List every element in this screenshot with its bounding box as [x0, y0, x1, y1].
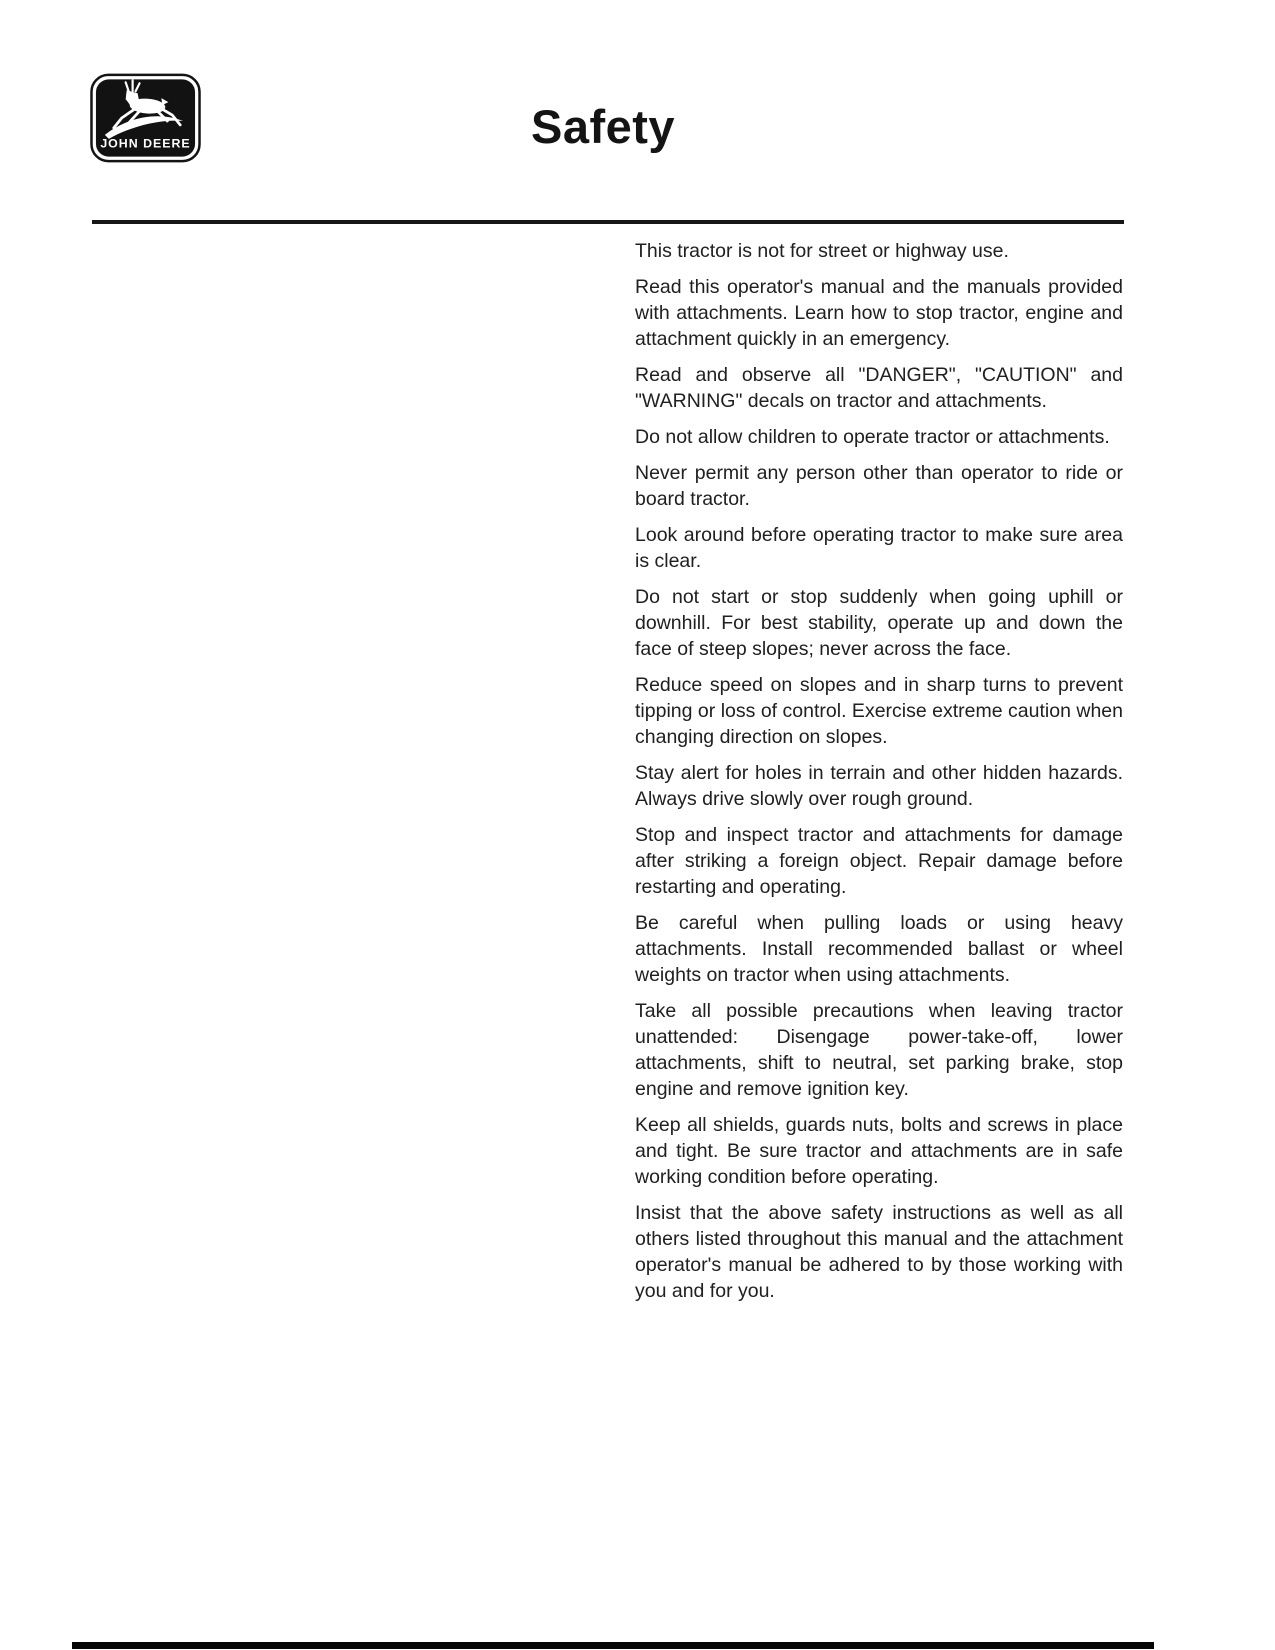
- manual-page: JOHN DEERE Safety This tractor is not fo…: [0, 0, 1275, 1650]
- paragraph: Keep all shields, guards nuts, bolts and…: [635, 1112, 1123, 1190]
- paragraph: This tractor is not for street or highwa…: [635, 238, 1123, 264]
- paragraph: Reduce speed on slopes and in sharp turn…: [635, 672, 1123, 750]
- page-title: Safety: [531, 101, 675, 153]
- paragraph: Stop and inspect tractor and attachments…: [635, 822, 1123, 900]
- header-divider: [92, 220, 1124, 224]
- paragraph: Take all possible precautions when leavi…: [635, 998, 1123, 1102]
- paragraph: Do not allow children to operate tractor…: [635, 424, 1123, 450]
- paragraph: Never permit any person other than opera…: [635, 460, 1123, 512]
- logo-wordmark: JOHN DEERE: [100, 137, 190, 151]
- paragraph: Do not start or stop suddenly when going…: [635, 584, 1123, 662]
- paragraph: Read this operator's manual and the manu…: [635, 274, 1123, 352]
- john-deere-logo: JOHN DEERE: [90, 73, 201, 163]
- paragraph: Read and observe all "DANGER", "CAUTION"…: [635, 362, 1123, 414]
- safety-text-column: This tractor is not for street or highwa…: [635, 238, 1123, 1314]
- paragraph: Stay alert for holes in terrain and othe…: [635, 760, 1123, 812]
- scan-edge-bar: [72, 1642, 1154, 1649]
- paragraph: Look around before operating tractor to …: [635, 522, 1123, 574]
- paragraph: Be careful when pulling loads or using h…: [635, 910, 1123, 988]
- paragraph: Insist that the above safety instruction…: [635, 1200, 1123, 1304]
